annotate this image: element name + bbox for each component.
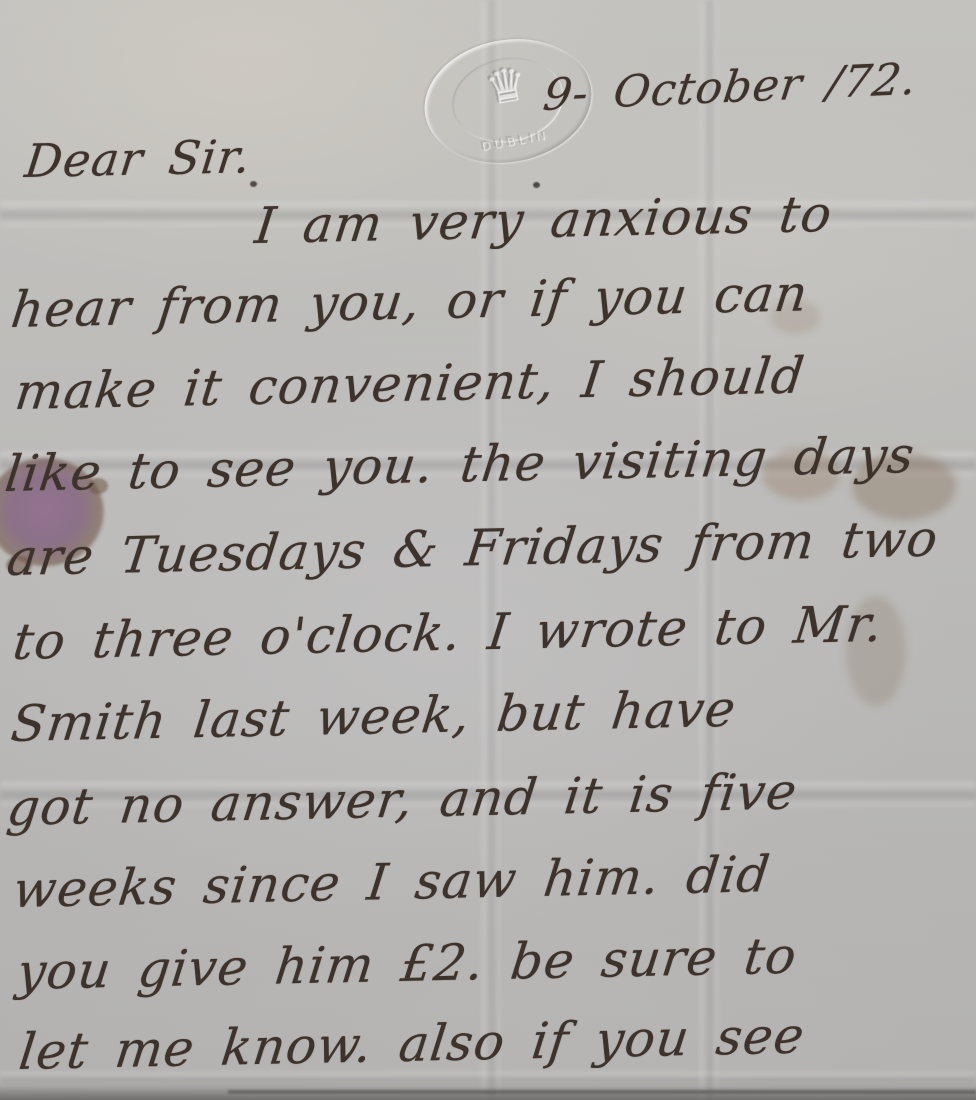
paper-bottom-edge [228, 1090, 976, 1094]
letter-line: you give him £2. be sure to [14, 926, 800, 1002]
letter-photograph: ♛ DUBLIN 9- October /72. Dear Sir. I am … [0, 0, 976, 1100]
letter-line: Smith last week, but have [8, 679, 740, 754]
letter-line: are Tuesdays & Fridays from two [4, 509, 942, 588]
date-line: 9- October /72. [540, 54, 920, 123]
letter-paper: ♛ DUBLIN 9- October /72. Dear Sir. I am … [0, 0, 976, 1100]
letter-line: I am very anxious to [252, 184, 836, 256]
salutation: Dear Sir. [22, 129, 254, 189]
letter-line: let me know. also if you see [16, 1006, 808, 1082]
letter-line: got no answer, and it is five [4, 762, 801, 838]
letter-line: to three o'clock. I wrote to Mr. [10, 594, 887, 672]
letter-line: make it convenient, I should [12, 346, 808, 422]
letter-line: hear from you, or if you can [8, 263, 812, 340]
ink-speck [533, 182, 540, 188]
ink-speck [250, 181, 257, 187]
letter-line: weeks since I saw him. did [10, 844, 774, 920]
